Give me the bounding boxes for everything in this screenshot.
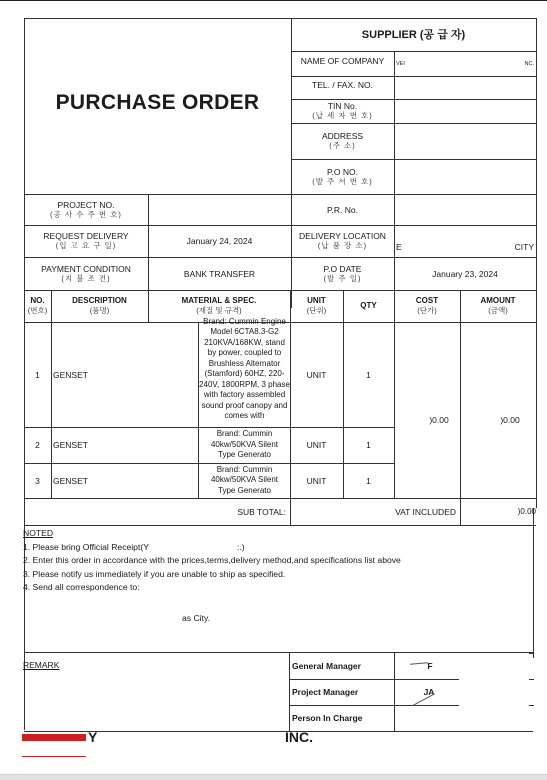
row-description: GENSET <box>51 427 198 463</box>
cost-value: )0.00 <box>394 322 460 498</box>
header-qty: QTY <box>343 290 394 322</box>
correspondence-address: as City. <box>182 613 210 623</box>
row-spec: Brand: Cummin 40kw/50KVA Silent Type Gen… <box>199 427 290 463</box>
payment-condition-label-cell: PAYMENT CONDITION (지 불 조 건) <box>24 257 148 290</box>
delivery-location-label-cell: DELIVERY LOCATION (납 품 장 소) <box>291 225 394 257</box>
notes-section: NOTED 1. Please bring Official Receipt(Y… <box>23 527 401 595</box>
supplier-heading: SUPPLIER (공 급 자) <box>291 18 536 51</box>
payment-condition-label: PAYMENT CONDITION <box>41 264 131 274</box>
address-label: ADDRESS <box>322 131 363 141</box>
bottom-border <box>0 774 547 780</box>
row-unit: UNIT <box>290 427 343 463</box>
remark-heading: REMARK <box>23 660 59 670</box>
row-no: 2 <box>24 427 51 463</box>
row-spec-wrap: Brand: Cummin Engine Model 6CTA8.3-G2 21… <box>199 315 290 427</box>
po-no-label-cell: P.O NO. (발 주 서 번 호) <box>291 159 394 194</box>
delivery-location-label-ko: (납 품 장 소) <box>318 241 367 251</box>
header-amount: AMOUNT (금액) <box>460 290 536 322</box>
payment-condition-label-ko: (지 불 조 건) <box>61 274 110 284</box>
request-delivery-label: REQUEST DELIVERY <box>43 231 128 241</box>
page-title: PURCHASE ORDER <box>24 18 291 193</box>
notes-heading: NOTED <box>23 527 401 541</box>
row-description: GENSET <box>51 322 198 427</box>
header-qty-en: QTY <box>360 301 376 311</box>
frame-right-lower <box>533 508 534 658</box>
header-amount-ko: (금액) <box>488 306 508 316</box>
line <box>24 731 533 732</box>
footer-company-start: Y <box>88 729 97 745</box>
header-no-ko: (번호) <box>28 306 48 316</box>
note-text: 1. Please bring Official Receipt(Y <box>23 542 149 552</box>
line <box>529 653 534 654</box>
po-no-label: P.O NO. <box>327 167 358 177</box>
note-item: 1. Please bring Official Receipt(Y:.) <box>23 541 401 555</box>
line <box>24 652 534 653</box>
payment-condition-value: BANK TRANSFER <box>148 257 291 290</box>
tin-label-ko: (납 세 자 번 호) <box>312 111 373 121</box>
brand-bar <box>22 734 86 741</box>
tel-fax-label: TEL. / FAX. NO. <box>291 76 394 99</box>
note-text-end: :.) <box>237 542 245 552</box>
tin-label: TIN No. <box>328 101 357 111</box>
sig-mark-gm: F <box>424 653 436 679</box>
header-description-ko: (품명) <box>90 306 110 316</box>
footer-company-end: INC. <box>285 729 313 745</box>
row-unit: UNIT <box>290 463 343 498</box>
request-delivery-label-ko: (입 고 요 구 일) <box>56 241 117 251</box>
header-spec-en: MATERIAL & SPEC. <box>182 296 257 306</box>
pr-no-label: P.R. No. <box>291 194 394 225</box>
header-amount-en: AMOUNT <box>480 296 515 306</box>
row-unit: UNIT <box>290 322 343 427</box>
row-qty: 1 <box>343 322 394 427</box>
header-unit-ko: (단위) <box>307 306 327 316</box>
header-no: NO. (번호) <box>24 290 51 322</box>
header-unit-en: UNIT <box>307 296 326 306</box>
project-no-label-ko: (공 사 수 주 번 호) <box>50 210 122 220</box>
po-date-label-ko: (발 주 일) <box>324 274 362 284</box>
address-label-ko: (주 소) <box>329 141 356 151</box>
header-cost: COST (단가) <box>394 290 460 322</box>
header-cost-ko: (단가) <box>417 306 437 316</box>
header-description: DESCRIPTION (품명) <box>51 290 148 322</box>
sig-line <box>394 653 395 731</box>
note-item: 2. Enter this order in accordance with t… <box>23 554 401 568</box>
note-item: 3. Please notify us immediately if you a… <box>23 568 401 582</box>
line <box>529 679 534 680</box>
project-no-label: PROJECT NO. <box>58 200 115 210</box>
top-border <box>0 0 547 1</box>
row-no: 3 <box>24 463 51 498</box>
line <box>24 525 536 526</box>
row-no: 1 <box>24 322 51 427</box>
request-delivery-label-cell: REQUEST DELIVERY (입 고 요 구 일) <box>24 225 148 257</box>
amount-value: )0.00 <box>460 322 536 498</box>
header-no-en: NO. <box>30 296 44 306</box>
po-date-label-cell: P.O DATE (발 주 일) <box>291 257 394 290</box>
note-item: 4. Send all correspondence to: <box>23 581 401 595</box>
company-label: NAME OF COMPANY <box>291 51 394 76</box>
sig-general-manager: General Manager <box>289 653 394 679</box>
delivery-location-label: DELIVERY LOCATION <box>299 231 386 241</box>
line <box>529 705 534 706</box>
po-date-value: January 23, 2024 <box>394 257 536 290</box>
request-delivery-value: January 24, 2024 <box>148 225 291 257</box>
sig-mark-pm: JA <box>422 679 436 705</box>
frame-right <box>536 18 537 508</box>
sig-project-manager: Project Manager <box>289 679 394 705</box>
row-description: GENSET <box>51 463 198 498</box>
header-description-en: DESCRIPTION <box>72 296 127 306</box>
address-label-cell: ADDRESS (주 소) <box>291 123 394 159</box>
header-cost-en: COST <box>416 296 438 306</box>
vat-label: VAT INCLUDED <box>290 498 458 525</box>
row-qty: 1 <box>343 427 394 463</box>
po-no-label-ko: (발 주 서 번 호) <box>312 177 373 187</box>
company-value-end: NC. <box>500 51 536 76</box>
project-no-label-cell: PROJECT NO. (공 사 수 주 번 호) <box>24 194 148 225</box>
subtotal-value: )0.00 <box>460 498 536 525</box>
brand-underline <box>22 756 86 757</box>
row-spec: Brand: Cummin 40kw/50KVA Silent Type Gen… <box>199 463 290 498</box>
row-spec: Brand: Cummin Engine Model 6CTA8.3-G2 21… <box>199 317 290 422</box>
header-unit: UNIT (단위) <box>290 290 343 322</box>
po-date-label: P.O DATE <box>324 264 362 274</box>
subtotal-label: SUB TOTAL: <box>24 498 288 525</box>
sig-person-in-charge: Person In Charge <box>289 705 394 731</box>
row-qty: 1 <box>343 463 394 498</box>
company-value-start: VEI <box>394 51 414 76</box>
tin-label-cell: TIN No. (납 세 자 번 호) <box>291 99 394 123</box>
